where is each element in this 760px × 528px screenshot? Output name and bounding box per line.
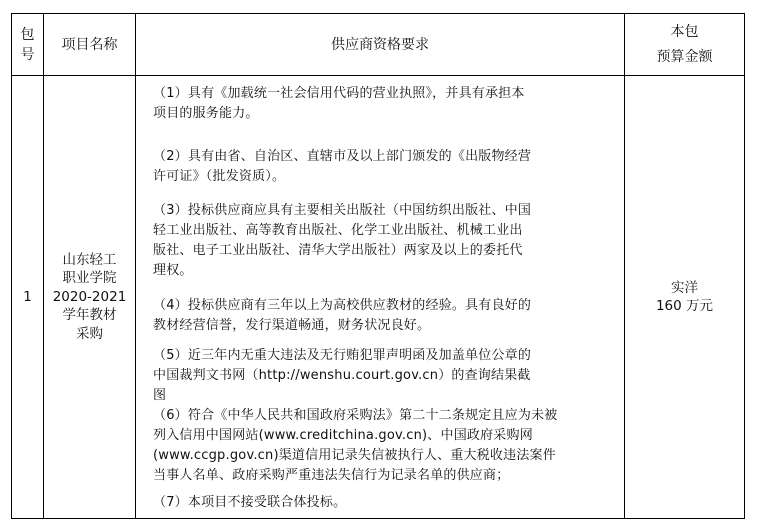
header-project-name-label: 项目名称 bbox=[62, 35, 118, 55]
column-divider bbox=[135, 14, 136, 518]
requirement-line: 中国裁判文书网（http://wenshu.court.gov.cn）的查询结果… bbox=[153, 366, 621, 386]
requirement-line: （3）投标供应商应具有主要相关出版社（中国纺织出版社、中国 bbox=[153, 201, 621, 221]
project-name-line: 学年教材 bbox=[63, 306, 117, 325]
budget-line1: 实洋 bbox=[671, 279, 698, 297]
requirement-line: 理权。 bbox=[153, 261, 621, 281]
requirement-line: 图 bbox=[153, 386, 621, 406]
header-qualifications-label: 供应商资格要求 bbox=[331, 35, 429, 55]
project-name-line: 山东轻工 bbox=[63, 251, 117, 270]
requirement-4: （4）投标供应商有三年以上为高校供应教材的经验。具有良好的 教材经营信誉，发行渠… bbox=[145, 296, 621, 336]
header-package-no-line2: 号 bbox=[21, 45, 35, 65]
header-budget: 本包 预算金额 bbox=[625, 14, 744, 75]
project-name-line: 职业学院 bbox=[63, 269, 117, 288]
requirement-7: （7）本项目不接受联合体投标。 bbox=[145, 493, 621, 513]
procurement-table: 包 号 项目名称 供应商资格要求 本包 预算金额 1 山东轻工 职业学院 202… bbox=[11, 13, 745, 519]
header-budget-line2: 预算金额 bbox=[657, 45, 713, 70]
requirement-line: 教材经营信誉，发行渠道畅通，财务状况良好。 bbox=[153, 316, 621, 336]
requirement-1: （1）具有《加载统一社会信用代码的营业执照》，并具有承担本 项目的服务能力。 bbox=[145, 84, 621, 124]
row-project-name: 山东轻工 职业学院 2020-2021 学年教材 采购 bbox=[44, 76, 135, 518]
requirement-line: 项目的服务能力。 bbox=[153, 104, 621, 124]
requirement-line: （5）近三年内无重大违法及无行贿犯罪声明函及加盖单位公章的 bbox=[153, 346, 621, 366]
requirement-3: （3）投标供应商应具有主要相关出版社（中国纺织出版社、中国 轻工业出版社、高等教… bbox=[145, 201, 621, 281]
requirement-5: （5）近三年内无重大违法及无行贿犯罪声明函及加盖单位公章的 中国裁判文书网（ht… bbox=[145, 346, 621, 406]
requirement-line: （6）符合《中华人民共和国政府采购法》第二十二条规定且应为未被 bbox=[153, 406, 621, 426]
row-package-no: 1 bbox=[12, 76, 43, 518]
project-name-line: 采购 bbox=[76, 325, 103, 344]
requirement-line: 轻工业出版社、高等教育出版社、化学工业出版社、机械工业出 bbox=[153, 221, 621, 241]
requirement-line: （1）具有《加载统一社会信用代码的营业执照》，并具有承担本 bbox=[153, 84, 621, 104]
requirement-line: （4）投标供应商有三年以上为高校供应教材的经验。具有良好的 bbox=[153, 296, 621, 316]
budget-amount: 160 万元 bbox=[656, 297, 713, 315]
requirement-line: 当事人名单、政府采购严重违法失信行为记录名单的供应商； bbox=[153, 466, 621, 486]
requirement-6: （6）符合《中华人民共和国政府采购法》第二十二条规定且应为未被 列入信用中国网站… bbox=[145, 406, 621, 486]
header-qualifications: 供应商资格要求 bbox=[136, 14, 624, 75]
row-budget: 实洋 160 万元 bbox=[625, 76, 744, 518]
header-package-no-line1: 包 bbox=[21, 25, 35, 45]
requirement-line: 许可证》（批发资质）。 bbox=[153, 167, 621, 187]
header-budget-line1: 本包 bbox=[671, 20, 699, 45]
requirement-line: （2）具有由省、自治区、直辖市及以上部门颁发的《出版物经营 bbox=[153, 147, 621, 167]
project-name-line: 2020-2021 bbox=[53, 288, 127, 307]
requirement-2: （2）具有由省、自治区、直辖市及以上部门颁发的《出版物经营 许可证》（批发资质）… bbox=[145, 147, 621, 187]
header-package-no: 包 号 bbox=[12, 14, 43, 75]
requirement-line: (www.ccgp.gov.cn)渠道信用记录失信被执行人、重大税收违法案件 bbox=[153, 446, 621, 466]
requirement-line: （7）本项目不接受联合体投标。 bbox=[153, 493, 621, 513]
package-no-value: 1 bbox=[23, 287, 32, 307]
header-project-name: 项目名称 bbox=[44, 14, 135, 75]
requirement-line: 版社、电子工业出版社、清华大学出版社）两家及以上的委托代 bbox=[153, 241, 621, 261]
requirement-line: 列入信用中国网站(www.creditchina.gov.cn)、中国政府采购网 bbox=[153, 426, 621, 446]
